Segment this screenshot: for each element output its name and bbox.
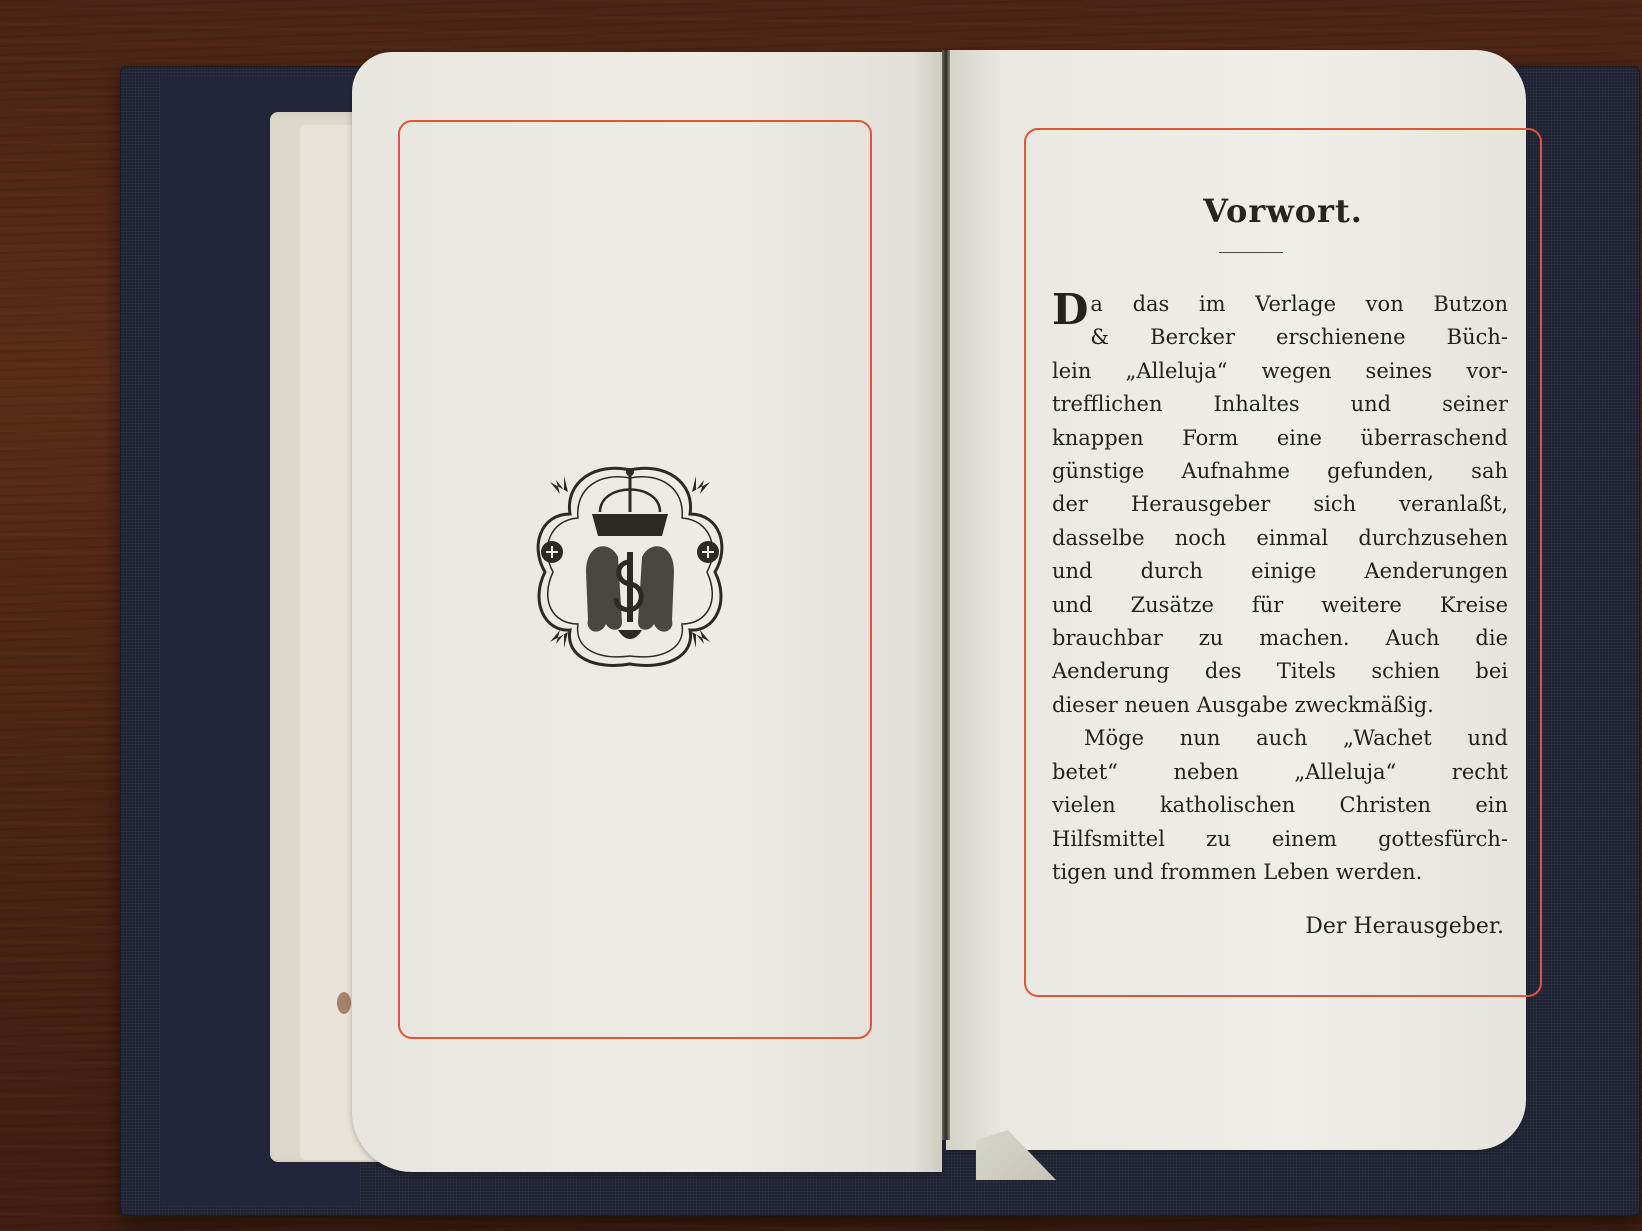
text-line: günstige Aufnahme gefunden, sah: [1052, 455, 1508, 488]
text-line: und Zusätze für weitere Kreise: [1052, 589, 1508, 622]
signature: Der Herausgeber.: [1052, 914, 1504, 939]
text-line: Möge nun auch „Wachet und: [1052, 722, 1508, 755]
text-line: dasselbe noch einmal durchzusehen: [1052, 522, 1508, 555]
text-line: dieser neuen Ausgabe zweckmäßig.: [1052, 689, 1508, 722]
page-heading: Vorwort.: [1024, 192, 1542, 230]
text-line: und durch einige Aenderungen: [1052, 555, 1508, 588]
text-line: lein „Alleluja“ wegen seines vor-: [1052, 355, 1508, 388]
text-line: tigen und frommen Leben werden.: [1052, 856, 1508, 889]
drop-cap: D: [1052, 290, 1088, 330]
text-line: Aenderung des Titels schien bei: [1052, 655, 1508, 688]
text-line: & Bercker erschienene Büch-: [1052, 321, 1508, 354]
text-line: a das im Verlage von Butzon: [1052, 288, 1508, 321]
book-gutter: [942, 50, 950, 1140]
heading-divider: [1219, 252, 1283, 253]
text-line: betet“ neben „Alleluja“ recht: [1052, 756, 1508, 789]
crowned-monogram-emblem-icon: [530, 452, 730, 672]
text-line: vielen katholischen Christen ein: [1052, 789, 1508, 822]
text-line: knappen Form eine überraschend: [1052, 422, 1508, 455]
text-line: trefflichen Inhaltes und seiner: [1052, 388, 1508, 421]
text-line: der Herausgeber sich veranlaßt,: [1052, 488, 1508, 521]
text-line: brauchbar zu machen. Auch die: [1052, 622, 1508, 655]
text-line: Hilfsmittel zu einem gottesfürch-: [1052, 823, 1508, 856]
preface-text: D a das im Verlage von Butzon & Bercker …: [1052, 288, 1508, 889]
paper-stain: [337, 992, 351, 1014]
